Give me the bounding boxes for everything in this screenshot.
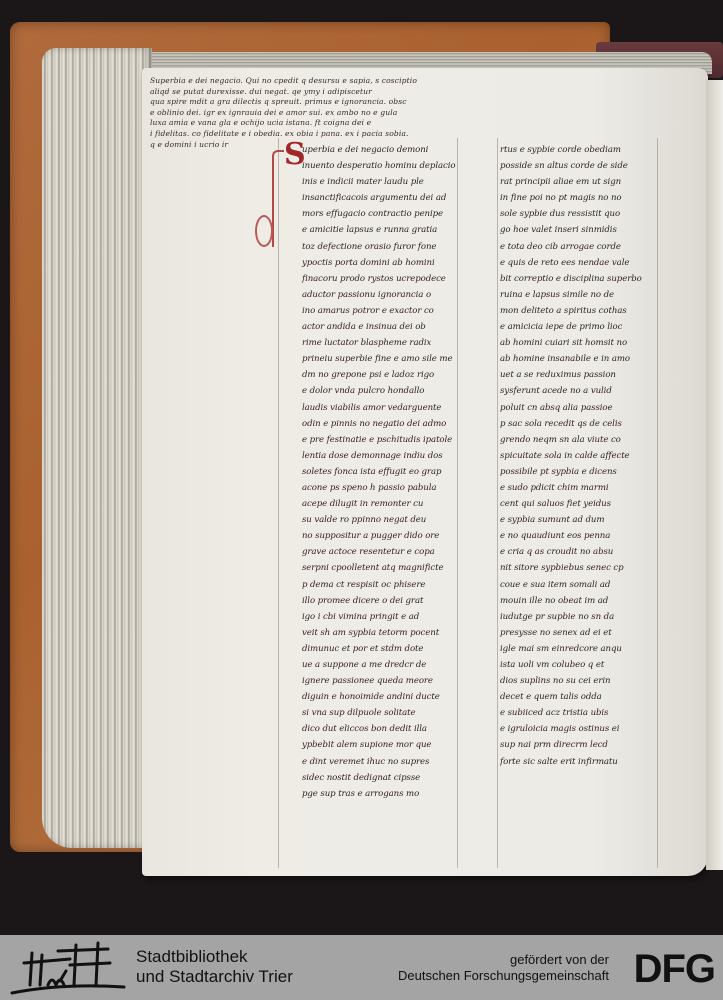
text-line: igo i cbi vimina pringit e ad [302, 609, 458, 625]
text-line: ignere passionee queda meore [302, 673, 458, 689]
funding-note: gefördert von der Deutschen Forschungsge… [398, 952, 609, 984]
text-line: grave actoce resentetur e copa [302, 544, 458, 560]
text-line: serpni cpoolletent atq magnificte [302, 560, 458, 576]
gloss-line: i fidelitas. co fidelitate e i obedia. e… [150, 129, 490, 140]
text-line: inis e indicii mater laudu ple [302, 174, 458, 190]
footer-banner: Stadtbibliothek und Stadtarchiv Trier ge… [0, 935, 723, 1000]
marginal-gloss: Superbia e dei negacio. Qui no cpedit q … [150, 76, 490, 150]
facing-page-edge [706, 80, 723, 870]
text-line: actor andida e insinua dei ob [302, 319, 458, 335]
text-line: igle mai sm einredcore anqu [500, 641, 660, 657]
text-line: e pre festinatie e pschitudis ipatole [302, 432, 458, 448]
text-line: e sypbia sumunt ad dum [500, 512, 660, 528]
text-line: finacoru prodo rystos ucrepodece [302, 271, 458, 287]
ruling-line [497, 138, 498, 868]
text-line: soletes fonca ista effugit eo grap [302, 464, 458, 480]
text-line: nit sitore sypbiebus senec cp [500, 560, 660, 576]
text-line: acone ps speno h passio pabula [302, 480, 458, 496]
text-line: insanctificacois argumentu dei ad [302, 190, 458, 206]
text-line: p sac sola recedit qs de celis [500, 416, 660, 432]
text-line: forte sic salte erit infirmatu [500, 754, 660, 770]
text-line: e igruloicia magis ostinus ei [500, 721, 660, 737]
gloss-line: Superbia e dei negacio. Qui no cpedit q … [150, 76, 490, 87]
gloss-line: luxa amia e vana gla e ochijo ucia istan… [150, 118, 490, 129]
text-line: e dint veremet ihuc no supres [302, 754, 458, 770]
text-line: no suppositur a pugger dido ore [302, 528, 458, 544]
stadtbibliothek-trier-logo-icon [10, 941, 128, 997]
text-line: toz defectione orasio furor fone [302, 239, 458, 255]
text-line: ypoctis porta domini ab homini [302, 255, 458, 271]
text-line: dios suplins no su cei erin [500, 673, 660, 689]
text-line: ab homine insanabile e in amo [500, 351, 660, 367]
text-line: lentia dose demonnage indiu dos [302, 448, 458, 464]
rubric-spiral-ornament [255, 215, 273, 247]
text-line: su valde ro ppinno negat deu [302, 512, 458, 528]
text-line: ab homini cuiari sit homsit no [500, 335, 660, 351]
text-line: uet a se reduximus passion [500, 367, 660, 383]
text-line: rime luctator blaspheme radix [302, 335, 458, 351]
text-line: mors effugacio contractio penipe [302, 206, 458, 222]
text-line: e amicicia iepe de primo lioc [500, 319, 660, 335]
gloss-line: e oblinio dei. igr ex ignrauia dei e amo… [150, 108, 490, 119]
text-line: e sudo pdicit chim marmi [500, 480, 660, 496]
text-line: si vna sup dilpuole solitate [302, 705, 458, 721]
institution-line-1: Stadtbibliothek [136, 947, 293, 967]
text-line: veit sh am sypbia tetorm pocent [302, 625, 458, 641]
institution-name: Stadtbibliothek und Stadtarchiv Trier [136, 947, 293, 987]
text-line: ista uoli vm colubeo q et [500, 657, 660, 673]
text-line: ino amarus potror e exactor co [302, 303, 458, 319]
dfg-logo: DFG [634, 949, 715, 989]
text-line: mon deliteto a spiritus cothas [500, 303, 660, 319]
text-line: bit correptio e disciplina superbo [500, 271, 660, 287]
text-line: ypbebit alem supione mor que [302, 737, 458, 753]
text-line: odin e pinnis no negatio dei admo [302, 416, 458, 432]
text-line: ue a suppone a me dredcr de [302, 657, 458, 673]
text-line: e amicitie lapsus e runna gratia [302, 222, 458, 238]
text-line: spicuitate sola in calde affecte [500, 448, 660, 464]
text-column-right: rtus e sypbie corde obediam posside sn a… [500, 142, 660, 770]
text-line: inuento desperatio hominu deplacio [302, 158, 458, 174]
text-line: diguin e honoimide andini ducte [302, 689, 458, 705]
text-line: iudutge pr supbie no sn da [500, 609, 660, 625]
text-line: e quis de reto ees nendae vale [500, 255, 660, 271]
institution-line-2: und Stadtarchiv Trier [136, 967, 293, 987]
text-line: mouin ille no obeat im ad [500, 593, 660, 609]
text-line: grendo neqm sn ala viute co [500, 432, 660, 448]
text-line: rat principii aliae em ut sign [500, 174, 660, 190]
text-line: presysse no senex ad ei et [500, 625, 660, 641]
text-line: ruina e lapsus simile no de [500, 287, 660, 303]
text-line: prineiu superbie fine e amo sile me [302, 351, 458, 367]
gloss-line: qua spire mdit a gra dilectis q spreuit.… [150, 97, 490, 108]
text-line: uperbia e dei negacio demoni [302, 142, 458, 158]
funding-line-1: gefördert von der [398, 952, 609, 968]
text-line: e no quaudiunt eos penna [500, 528, 660, 544]
page-stack-fore-edge [42, 48, 152, 848]
text-line: decet e quem talis odda [500, 689, 660, 705]
text-line: aductor passionu ignorancia o [302, 287, 458, 303]
text-line: sup nai prm direcrm lecd [500, 737, 660, 753]
text-line: sysferunt acede no a vulid [500, 383, 660, 399]
text-line: e subiiced acz tristia ubis [500, 705, 660, 721]
text-line: sole sypbie dus ressistit quo [500, 206, 660, 222]
text-line: poluit cn absq alia passioe [500, 400, 660, 416]
text-line: pge sup tras e arrogans mo [302, 786, 458, 802]
text-line: illo promee dicere o dei grat [302, 593, 458, 609]
ruling-line [278, 138, 279, 868]
text-line: cent qui saluos fiet yeidus [500, 496, 660, 512]
text-line: e cria q as croudit no absu [500, 544, 660, 560]
text-line: coue e sua item somali ad [500, 577, 660, 593]
text-line: sidec nostit dedignat cipsse [302, 770, 458, 786]
text-line: laudis viabilis amor vedarguente [302, 400, 458, 416]
text-line: e tota deo cib arrogae corde [500, 239, 660, 255]
text-line: dico dut eliccos bon dedit illa [302, 721, 458, 737]
text-line: dm no grepone psi e ladoz rigo [302, 367, 458, 383]
text-line: possibile pt sypbia e dicens [500, 464, 660, 480]
gloss-line: aliqd se putat durexisse. dui negat. qe … [150, 87, 490, 98]
text-column-left: uperbia e dei negacio demoni inuento des… [280, 142, 458, 802]
text-line: posside sn altus corde de side [500, 158, 660, 174]
text-line: acepe dilugit in remonter cu [302, 496, 458, 512]
text-line: dimunuc et por et stdm dote [302, 641, 458, 657]
text-line: e dolor vnda pulcro hondallo [302, 383, 458, 399]
manuscript-photograph: Superbia e dei negacio. Qui no cpedit q … [0, 0, 723, 935]
funding-line-2: Deutschen Forschungsgemeinschaft [398, 968, 609, 984]
text-line: p dema ct respisit oc phisere [302, 577, 458, 593]
text-line: rtus e sypbie corde obediam [500, 142, 660, 158]
text-line: go hoe valet inseri sinmidis [500, 222, 660, 238]
text-line: in fine poi no pt magis no no [500, 190, 660, 206]
